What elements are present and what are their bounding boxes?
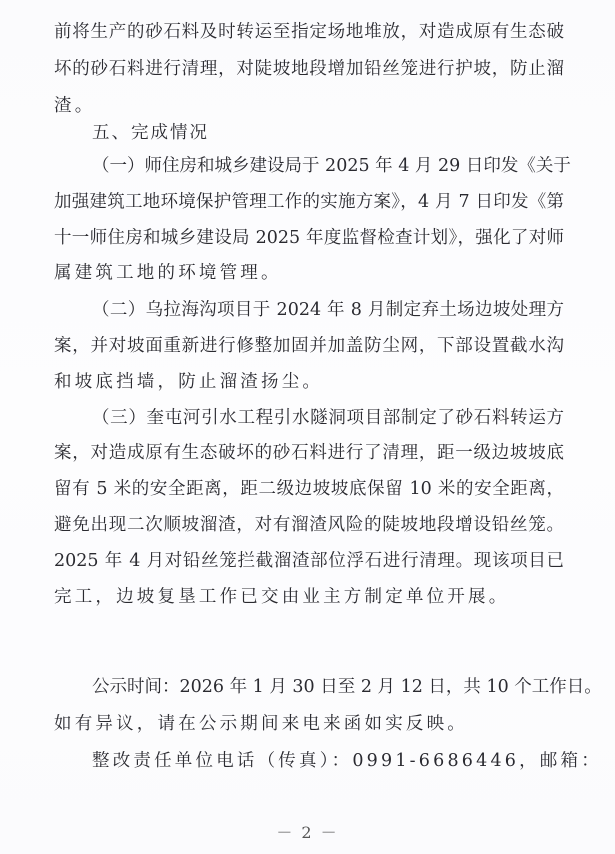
body-text-line: 完工，边坡复垦工作已交由业主方制定单位开展。 xyxy=(54,585,564,609)
body-text-line: （三）奎屯河引水工程引水隧洞项目部制定了砂石料转运方 xyxy=(92,406,564,430)
body-text-line: 案，并对坡面重新进行修整加固并加盖防尘网，下部设置截水沟 xyxy=(54,334,564,358)
body-text-line: 加强建筑工地环境保护管理工作的实施方案》，4 月 7 日印发《第 xyxy=(54,190,564,214)
body-text-line: 坏的砂石料进行清理，对陡坡地段增加铅丝笼进行护坡，防止溜 xyxy=(54,57,564,81)
section-heading: 五、完成情况 xyxy=(92,121,564,145)
body-text-line: 和坡底挡墙，防止溜渣扬尘。 xyxy=(54,370,564,394)
body-text-line: 十一师住房和城乡建设局 2025 年度监督检查计划》，强化了对师 xyxy=(54,226,564,250)
notice-time-line: 公示时间：2026 年 1 月 30 日至 2 月 12 日，共 10 个工作日… xyxy=(92,675,564,699)
body-text-line: （一）师住房和城乡建设局于 2025 年 4 月 29 日印发《关于 xyxy=(92,154,564,178)
body-text-line: 属建筑工地的环境管理。 xyxy=(54,261,564,285)
body-text-line: 2025 年 4 月对铅丝笼拦截溜渣部位浮石进行清理。现该项目已 xyxy=(54,549,564,573)
body-text-line: 避免出现二次顺坡溜渣，对有溜渣风险的陡坡地段增设铅丝笼。 xyxy=(54,513,564,537)
body-text-line: （二）乌拉海沟项目于 2024 年 8 月制定弃土场边坡处理方 xyxy=(92,298,564,322)
body-text-line: 留有 5 米的安全距离，距二级边坡坡底保留 10 米的安全距离， xyxy=(54,477,564,501)
contact-line: 整改责任单位电话（传真）：0991-6686446，邮箱： xyxy=(92,749,564,773)
document-page: 前将生产的砂石料及时转运至指定场地堆放，对造成原有生态破 坏的砂石料进行清理，对… xyxy=(0,0,615,854)
body-text-line: 渣。 xyxy=(54,94,564,118)
notice-objection-line: 如有异议，请在公示期间来电来函如实反映。 xyxy=(54,712,564,736)
body-text-line: 前将生产的砂石料及时转运至指定场地堆放，对造成原有生态破 xyxy=(54,20,564,44)
page-number: － 2 － xyxy=(0,820,615,843)
body-text-line: 案，对造成原有生态破坏的砂石料进行了清理，距一级边坡坡底 xyxy=(54,441,564,465)
